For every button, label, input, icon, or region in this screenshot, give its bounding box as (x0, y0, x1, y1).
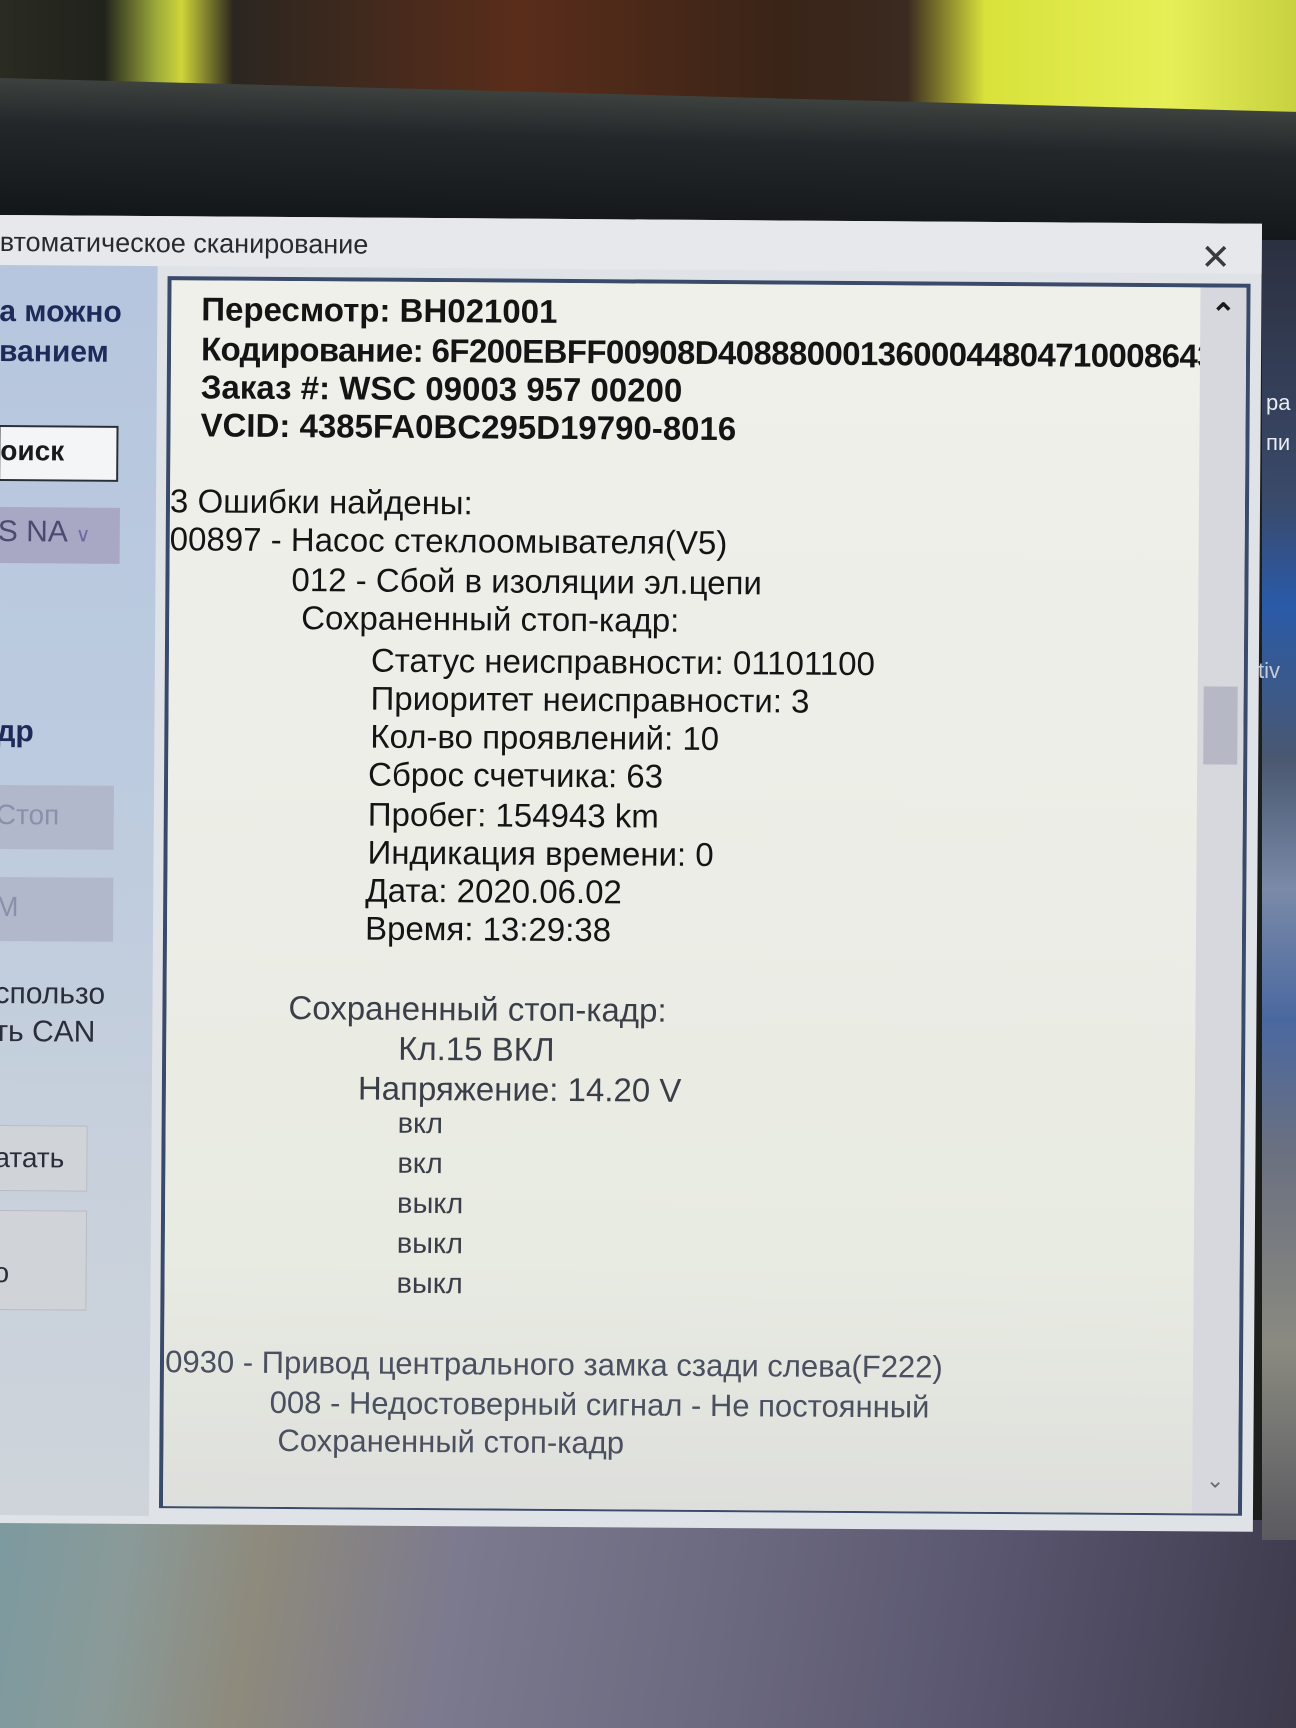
freeze-frame-title: Сохраненный стоп-кадр: (288, 989, 666, 1030)
window-title: втоматическое сканирование (0, 227, 368, 261)
m-button[interactable]: М (0, 877, 113, 942)
freeze-frame-item: Кол-во проявлений: 10 (370, 718, 719, 758)
report-content: Пересмотр: BH021001 Кодирование: 6F200EB… (163, 280, 1201, 1513)
freeze-frame-item: Время: 13:29:38 (365, 910, 611, 950)
sidebar-text: а можно (0, 295, 122, 330)
can-option-text: спользо (0, 977, 105, 1012)
stop-button[interactable]: Стоп (0, 785, 114, 850)
scrollbar-thumb[interactable] (1203, 687, 1238, 765)
can-option-text: ть CAN (0, 1015, 95, 1050)
auto-scan-dialog: втоматическое сканирование ✕ а можно ван… (0, 215, 1262, 1532)
vcid-line: VCID: 4385FA0BC295D19790-8016 (200, 406, 736, 448)
fault-description: 00930 - Привод центрального замка сзади … (159, 1344, 943, 1386)
terminal-state: Кл.15 ВКЛ (398, 1030, 555, 1069)
revision-line: Пересмотр: BH021001 (201, 290, 557, 330)
scan-report-textbox[interactable]: Пересмотр: BH021001 Кодирование: 6F200EB… (159, 276, 1251, 1516)
protocol-select[interactable]: S NA∨ (0, 507, 120, 564)
chevron-down-icon[interactable]: ⌄ (1192, 1467, 1238, 1493)
freeze-frame-item: Пробег: 154943 km (368, 796, 659, 836)
state-value: вкл (398, 1108, 444, 1141)
state-value: выкл (397, 1188, 463, 1221)
state-value: выкл (396, 1268, 462, 1301)
protocol-select-value: S NA (0, 515, 68, 548)
freeze-frame-item: Приоритет неисправности: 3 (371, 680, 810, 721)
sidebar-text: ванием (0, 335, 109, 370)
close-icon[interactable]: ✕ (1200, 241, 1232, 273)
chevron-down-icon: ∨ (76, 525, 91, 547)
desktop-label: пи (1266, 430, 1290, 456)
freeze-frame-item: Статус неисправности: 01101100 (371, 642, 875, 684)
search-button[interactable]: оиск (0, 425, 119, 482)
freeze-frame-item: Сброс счетчика: 63 (368, 756, 663, 796)
print-button[interactable]: атать (0, 1125, 88, 1192)
voltage-value: Напряжение: 14.20 V (358, 1070, 682, 1110)
state-value: выкл (397, 1228, 463, 1261)
freeze-frame-item: Дата: 2020.06.02 (365, 872, 622, 912)
freeze-frame-title: Сохраненный стоп-кадр (277, 1423, 624, 1461)
faults-found-count: 3 Ошибки найдены: (170, 482, 473, 522)
desktop-label: tiv (1258, 658, 1280, 684)
freeze-frame-item: Индикация времени: 0 (367, 834, 713, 874)
freeze-frame-title: Сохраненный стоп-кадр: (301, 599, 679, 640)
state-value: вкл (397, 1148, 443, 1181)
order-line: Заказ #: WSC 09003 957 00200 (201, 368, 683, 409)
o-button[interactable]: о (0, 1210, 87, 1311)
title-bar: втоматическое сканирование ✕ (0, 215, 1262, 274)
fault-subcode: 008 - Недостоверный сигнал - Не постоянн… (270, 1385, 930, 1426)
fault-subcode: 012 - Сбой в изоляции эл.цепи (291, 561, 762, 602)
fault-description: 00897 - Насос стеклоомывателя(V5) (170, 520, 728, 562)
vertical-scrollbar[interactable]: ⌃ ⌄ (1192, 287, 1247, 1513)
freeze-frame-label: др (0, 715, 34, 749)
desktop-label: ра (1266, 390, 1290, 416)
chevron-up-icon[interactable]: ⌃ (1200, 297, 1246, 332)
desktop-wallpaper (0, 1520, 1296, 1728)
desktop-wallpaper-right: ра пи tiv (1262, 240, 1296, 1540)
sidebar: а можно ванием оиск S NA∨ др Стоп М спол… (0, 265, 158, 1516)
